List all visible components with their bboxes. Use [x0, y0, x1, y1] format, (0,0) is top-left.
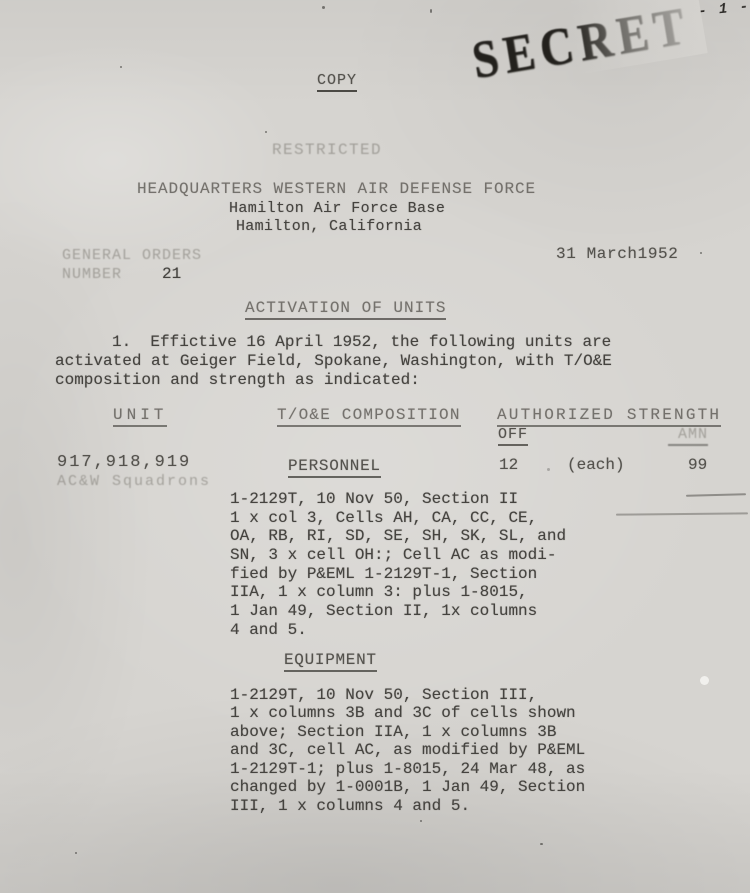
- col-header-strength: AUTHORIZED STRENGTH: [497, 406, 721, 427]
- subject-title: ACTIVATION OF UNITS: [245, 299, 446, 320]
- col-header-amn: AMN: [668, 426, 708, 446]
- para1-line: activated at Geiger Field, Spokane, Wash…: [55, 352, 612, 370]
- amn-strength-value: 99: [688, 456, 707, 474]
- headquarters-line: HEADQUARTERS WESTERN AIR DEFENSE FORCE: [137, 180, 536, 198]
- scanned-document-page: - 1 - SECRET COPY RESTRICTED HEADQUARTER…: [0, 0, 750, 893]
- col-header-unit: UNIT: [113, 406, 167, 427]
- stamp-fade-overlay: [565, 0, 707, 75]
- speckle: [420, 820, 422, 822]
- para1-line: composition and strength as indicated:: [55, 371, 420, 389]
- number-label: NUMBER: [62, 266, 122, 283]
- equipment-line: 1 x columns 3B and 3C of cells shown: [230, 704, 576, 722]
- personnel-line: fied by P&EML 1-2129T-1, Section: [230, 565, 537, 583]
- secret-stamp: SECRET: [468, 0, 694, 83]
- equipment-line: 1-2129T, 10 Nov 50, Section III,: [230, 686, 537, 704]
- col-header-off: OFF: [498, 426, 528, 446]
- copy-label: COPY: [317, 72, 357, 92]
- off-strength-value: 12: [499, 456, 518, 474]
- equipment-line: 1-2129T-1; plus 1-8015, 24 Mar 48, as: [230, 760, 585, 778]
- equipment-line: above; Section IIA, 1 x columns 3B: [230, 723, 556, 741]
- unit-numbers: 917,918,919: [57, 453, 191, 473]
- col-header-toe: T/O&E COMPOSITION: [277, 406, 461, 427]
- personnel-line: 1 x col 3, Cells AH, CA, CC, CE,: [230, 509, 537, 527]
- equipment-heading: EQUIPMENT: [284, 651, 377, 672]
- speckle: [265, 131, 267, 133]
- speckle: [540, 843, 543, 845]
- base-line: Hamilton Air Force Base: [229, 200, 445, 217]
- speckle: [547, 468, 550, 471]
- speckle: [322, 6, 325, 9]
- location-line: Hamilton, California: [236, 218, 422, 235]
- unit-type: AC&W Squadrons: [57, 473, 211, 490]
- page-number-mark: - 1 -: [697, 0, 750, 21]
- speckle: [430, 9, 432, 13]
- personnel-line: IIA, 1 x column 3: plus 1-8015,: [230, 583, 528, 601]
- equipment-line: III, 1 x columns 4 and 5.: [230, 797, 470, 815]
- speckle: [120, 66, 122, 68]
- personnel-line: 1-2129T, 10 Nov 50, Section II: [230, 490, 518, 508]
- equipment-line: changed by 1-0001B, 1 Jan 49, Section: [230, 778, 585, 796]
- personnel-line: 1 Jan 49, Section II, 1x columns: [230, 602, 537, 620]
- speckle: [700, 252, 702, 254]
- white-speckle: [700, 676, 709, 685]
- general-orders-label: GENERAL ORDERS: [62, 247, 202, 264]
- personnel-line: 4 and 5.: [230, 621, 307, 639]
- order-number-value: 21: [162, 265, 181, 283]
- pencil-mark: [686, 493, 746, 497]
- order-date: 31 March1952: [556, 245, 678, 263]
- pencil-mark: [616, 512, 748, 515]
- para1-line: 1. Effictive 16 April 1952, the followin…: [112, 333, 611, 351]
- personnel-line: OA, RB, RI, SD, SE, SH, SK, SL, and: [230, 527, 566, 545]
- personnel-line: SN, 3 x cell OH:; Cell AC as modi-: [230, 546, 556, 564]
- each-label: (each): [567, 456, 625, 474]
- personnel-heading: PERSONNEL: [288, 457, 381, 478]
- speckle: [75, 852, 77, 854]
- equipment-line: and 3C, cell AC, as modified by P&EML: [230, 741, 585, 759]
- restricted-classification: RESTRICTED: [272, 141, 382, 159]
